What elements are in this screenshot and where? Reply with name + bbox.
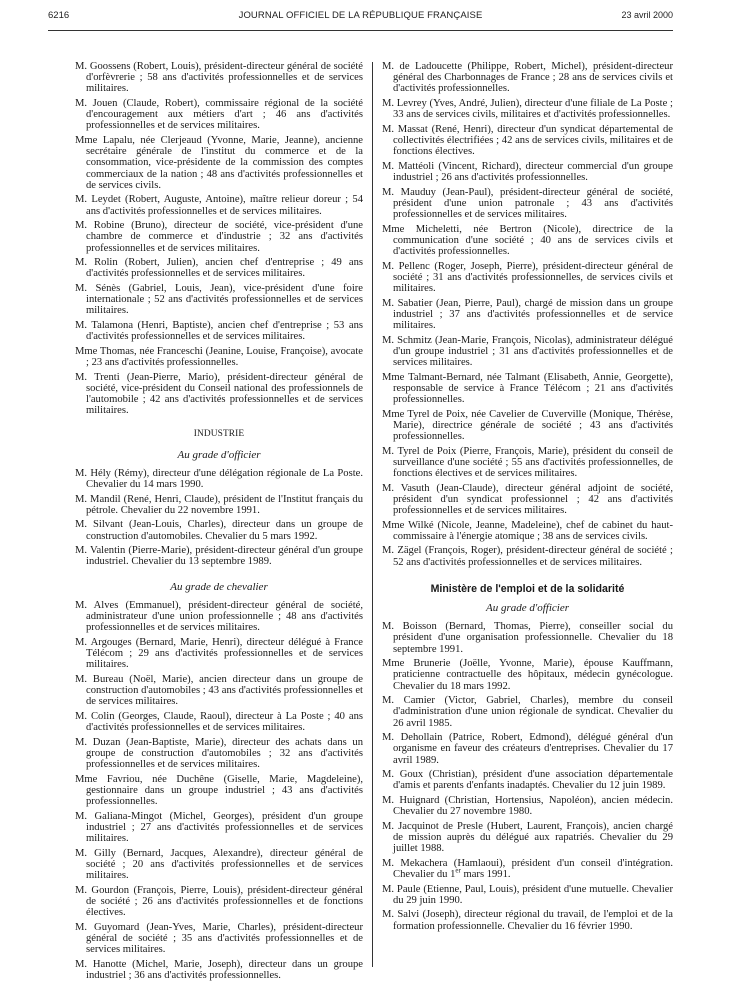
entries-list: M. Boisson (Bernard, Thomas, Pierre), co…	[382, 621, 673, 932]
list-item: M. Goux (Christian), président d'une ass…	[382, 769, 673, 791]
list-item: M. Sabatier (Jean, Pierre, Paul), chargé…	[382, 298, 673, 332]
list-item: Mme Lapalu, née Clerjeaud (Yvonne, Marie…	[75, 135, 363, 191]
list-item: M. Hanotte (Michel, Marie, Joseph), dire…	[75, 959, 363, 981]
list-item: M. Paule (Etienne, Paul, Louis), préside…	[382, 884, 673, 906]
list-item: M. Levrey (Yves, André, Julien), directe…	[382, 98, 673, 120]
list-item: M. Robine (Bruno), directeur de société,…	[75, 220, 363, 254]
list-item: M. Schmitz (Jean-Marie, François, Nicola…	[382, 335, 673, 369]
list-item: M. Zägel (François, Roger), président-di…	[382, 545, 673, 567]
list-item: M. Galiana-Mingot (Michel, Georges), pré…	[75, 811, 363, 845]
list-item: M. Leydet (Robert, Auguste, Antoine), ma…	[75, 194, 363, 216]
list-item: M. Valentin (Pierre-Marie), président-di…	[75, 545, 363, 567]
entries-list: M. de Ladoucette (Philippe, Robert, Mich…	[382, 61, 673, 568]
grade-heading-chevalier: Au grade de chevalier	[75, 582, 363, 593]
list-item: M. Dehollain (Patrice, Robert, Edmond), …	[382, 732, 673, 766]
list-item: M. Talamona (Henri, Baptiste), ancien ch…	[75, 320, 363, 342]
journal-title: JOURNAL OFFICIEL DE LA RÉPUBLIQUE FRANÇA…	[48, 10, 673, 21]
section-title-industrie: INDUSTRIE	[75, 429, 363, 440]
list-item: M. Alves (Emmanuel), président-directeur…	[75, 600, 363, 634]
list-item: M. Sénès (Gabriel, Louis, Jean), vice-pr…	[75, 283, 363, 317]
list-item: M. Jacquinot de Presle (Hubert, Laurent,…	[382, 821, 673, 855]
publication-date: 23 avril 2000	[621, 10, 673, 20]
list-item: M. Vasuth (Jean-Claude), directeur génér…	[382, 483, 673, 517]
list-item: M. Mandil (René, Henri, Claude), préside…	[75, 494, 363, 516]
list-item: M. Pellenc (Roger, Joseph, Pierre), prés…	[382, 261, 673, 295]
list-item: M. Goossens (Robert, Louis), président-d…	[75, 61, 363, 95]
list-item: Mme Favriou, née Duchêne (Giselle, Marie…	[75, 774, 363, 808]
left-column: M. Goossens (Robert, Louis), président-d…	[75, 61, 363, 984]
list-item: Mme Thomas, née Franceschi (Jeanine, Lou…	[75, 346, 363, 368]
list-item: M. Salvi (Joseph), directeur régional du…	[382, 909, 673, 931]
list-item: M. Boisson (Bernard, Thomas, Pierre), co…	[382, 621, 673, 655]
entries-list: M. Alves (Emmanuel), président-directeur…	[75, 600, 363, 981]
right-column: M. de Ladoucette (Philippe, Robert, Mich…	[382, 61, 673, 935]
list-item: M. Mauduy (Jean-Paul), président-directe…	[382, 187, 673, 221]
ministry-title: Ministère de l'emploi et de la solidarit…	[382, 584, 673, 595]
column-divider	[372, 62, 373, 967]
page-header: 6216 JOURNAL OFFICIEL DE LA RÉPUBLIQUE F…	[48, 10, 673, 26]
list-item: M. Rolin (Robert, Julien), ancien chef d…	[75, 257, 363, 279]
list-item: Mme Brunerie (Joëlle, Yvonne, Marie), ép…	[382, 658, 673, 692]
list-item: M. Trenti (Jean-Pierre, Mario), présiden…	[75, 372, 363, 417]
list-item: M. de Ladoucette (Philippe, Robert, Mich…	[382, 61, 673, 95]
list-item: M. Mekachera (Hamlaoui), président d'un …	[382, 858, 673, 880]
list-item: M. Tyrel de Poix (Pierre, François, Mari…	[382, 446, 673, 480]
grade-heading-officier: Au grade d'officier	[75, 450, 363, 461]
list-item: Mme Wilké (Nicole, Jeanne, Madeleine), c…	[382, 520, 673, 542]
list-item: M. Massat (René, Henri), directeur d'un …	[382, 124, 673, 158]
list-item: M. Hély (Rémy), directeur d'une délégati…	[75, 468, 363, 490]
list-item: M. Colin (Georges, Claude, Raoul), direc…	[75, 711, 363, 733]
list-item: M. Huignard (Christian, Hortensius, Napo…	[382, 795, 673, 817]
grade-heading-officier: Au grade d'officier	[382, 603, 673, 614]
list-item: M. Mattéoli (Vincent, Richard), directeu…	[382, 161, 673, 183]
list-item: Mme Micheletti, née Bertron (Nicole), di…	[382, 224, 673, 258]
list-item: M. Camier (Victor, Gabriel, Charles), me…	[382, 695, 673, 729]
list-item: M. Silvant (Jean-Louis, Charles), direct…	[75, 519, 363, 541]
list-item: M. Gourdon (François, Pierre, Louis), pr…	[75, 885, 363, 919]
list-item: M. Guyomard (Jean-Yves, Marie, Charles),…	[75, 922, 363, 956]
list-item: M. Argouges (Bernard, Marie, Henri), dir…	[75, 637, 363, 671]
list-item: M. Bureau (Noël, Marie), ancien directeu…	[75, 674, 363, 708]
list-item: Mme Tyrel de Poix, née Cavelier de Cuver…	[382, 409, 673, 443]
list-item: M. Jouen (Claude, Robert), commissaire r…	[75, 98, 363, 132]
list-item: M. Duzan (Jean-Baptiste, Marie), directe…	[75, 737, 363, 771]
list-item: M. Gilly (Bernard, Jacques, Alexandre), …	[75, 848, 363, 882]
entries-list: M. Goossens (Robert, Louis), président-d…	[75, 61, 363, 416]
entries-list: M. Hély (Rémy), directeur d'une délégati…	[75, 468, 363, 568]
header-rule	[48, 30, 673, 31]
list-item: Mme Talmant-Bernard, née Talmant (Elisab…	[382, 372, 673, 406]
